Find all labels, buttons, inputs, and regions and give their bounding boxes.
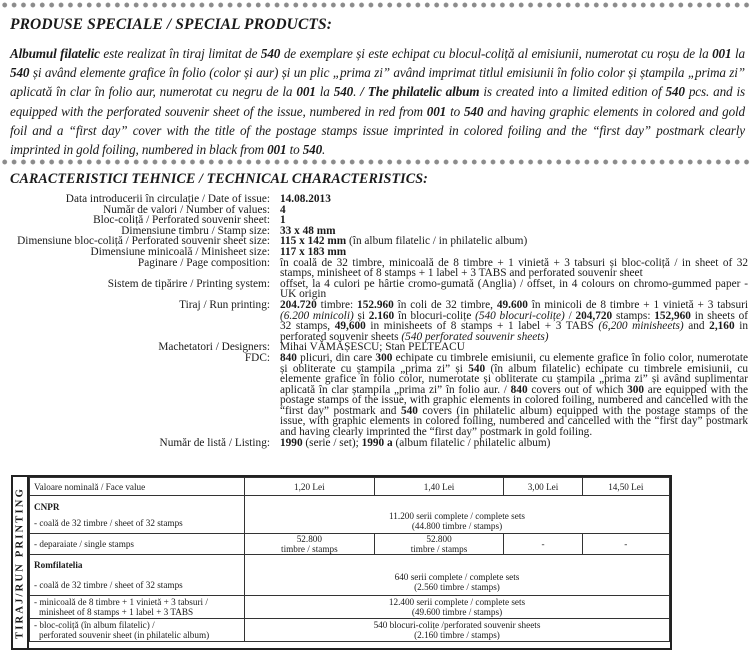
face-value-3: 3,00 Lei	[504, 478, 582, 496]
romfilatelia-minisheet-value: 12.400 serii complete / complete sets (4…	[245, 596, 670, 619]
spec-row: Sistem de tipărire / Printing system:off…	[0, 279, 750, 300]
run-printing-table: Valoare nominală / Face value 1,20 Lei 1…	[29, 477, 670, 642]
spec-label: Tiraj / Run printing:	[0, 300, 280, 342]
cnpr-single-label: - deparaiate / single stamps	[30, 534, 245, 555]
table-row-cnpr-sheet: CNPR - coală de 32 timbre / sheet of 32 …	[30, 496, 670, 534]
label-line: - bloc-coliță (în album filatelic) /	[34, 620, 240, 630]
romfilatelia-title: Romfilatelia	[34, 560, 240, 570]
cnpr-stamps: (44.800 timbre / stamps)	[249, 521, 665, 531]
spec-value: offset, la 4 culori pe hârtie cromo-guma…	[280, 279, 748, 300]
spec-row: Paginare / Page composition:în coală de …	[0, 258, 750, 279]
spec-label: Sistem de tipărire / Printing system:	[0, 279, 280, 300]
side-label-text: TIRAJ/RUN PRINTING	[15, 487, 26, 639]
spec-label: Dimensiune minicoală / Minisheet size:	[0, 247, 280, 258]
value-line: (2.160 timbre / stamps)	[249, 630, 665, 640]
cell-line: timbre / stamps	[379, 544, 500, 554]
spec-value: 4	[280, 205, 748, 216]
romfilatelia-sheet-value: 640 serii complete / complete sets (2.56…	[245, 555, 670, 596]
value-line: 12.400 serii complete / complete sets	[249, 597, 665, 607]
romfilatelia-sheet-label: Romfilatelia - coală de 32 timbre / shee…	[30, 555, 245, 596]
cnpr-single-2: 52.800timbre / stamps	[374, 534, 504, 555]
table-row-cnpr-single: - deparaiate / single stamps 52.800timbr…	[30, 534, 670, 555]
spec-row: Tiraj / Run printing:204.720 timbre: 152…	[0, 300, 750, 342]
dotted-divider-middle	[0, 159, 750, 165]
spec-label: Număr de listă / Listing:	[0, 438, 280, 449]
spec-value: 1990 (serie / set); 1990 a (album filate…	[280, 438, 748, 449]
spec-value: 115 x 142 mm (în album filatelic / in ph…	[280, 236, 748, 247]
spec-value: 840 plicuri, din care 300 echipate cu ti…	[280, 353, 748, 438]
run-printing-side-label: TIRAJ/RUN PRINTING	[13, 477, 29, 648]
table-row-romfilatelia-minisheet: - minicoală de 8 timbre + 1 vinietă + 3 …	[30, 596, 670, 619]
cnpr-single-3: -	[504, 534, 582, 555]
romfilatelia-sheet-text: - coală de 32 timbre / sheet of 32 stamp…	[34, 580, 240, 590]
spec-label: Machetatori / Designers:	[0, 342, 280, 353]
value-line: 540 blocuri-colițe /perforated souvenir …	[249, 620, 665, 630]
special-products-title: PRODUSE SPECIALE / SPECIAL PRODUCTS:	[10, 16, 332, 34]
spec-value: 204.720 timbre: 152.960 în coli de 32 ti…	[280, 300, 748, 342]
spec-label: Data introducerii în circulație / Date o…	[0, 194, 280, 205]
romfilatelia-bloc-value: 540 blocuri-colițe /perforated souvenir …	[245, 619, 670, 642]
spec-value: 14.08.2013	[280, 194, 748, 205]
spec-value: 1	[280, 215, 748, 226]
value-line: (49.600 timbre / stamps)	[249, 607, 665, 617]
cell-line: 52.800	[379, 534, 500, 544]
cnpr-single-1: 52.800timbre / stamps	[245, 534, 375, 555]
cnpr-sheet-text: - coală de 32 timbre / sheet of 32 stamp…	[34, 518, 240, 528]
table-row-romfilatelia-sheet: Romfilatelia - coală de 32 timbre / shee…	[30, 555, 670, 596]
label-line: perforated souvenir sheet (in philatelic…	[34, 630, 240, 640]
label-line: - minicoală de 8 timbre + 1 vinietă + 3 …	[34, 597, 240, 607]
spec-row: Număr de listă / Listing:1990 (serie / s…	[0, 438, 750, 449]
romfilatelia-sets: 640 serii complete / complete sets	[249, 572, 665, 582]
spec-row: Data introducerii în circulație / Date o…	[0, 194, 750, 205]
cnpr-single-4: -	[582, 534, 669, 555]
cnpr-sheet-label: CNPR - coală de 32 timbre / sheet of 32 …	[30, 496, 245, 534]
face-value-label: Valoare nominală / Face value	[30, 478, 245, 496]
romfilatelia-minisheet-label: - minicoală de 8 timbre + 1 vinietă + 3 …	[30, 596, 245, 619]
table-row-romfilatelia-bloc: - bloc-coliță (în album filatelic) / per…	[30, 619, 670, 642]
face-value-2: 1,40 Lei	[374, 478, 504, 496]
cnpr-title: CNPR	[34, 502, 240, 512]
spec-value: în coală de 32 timbre, minicoală de 8 ti…	[280, 258, 748, 279]
face-value-4: 14,50 Lei	[582, 478, 669, 496]
table-row-face-value: Valoare nominală / Face value 1,20 Lei 1…	[30, 478, 670, 496]
label-line: minisheet of 8 stamps + 1 label + 3 TABS	[34, 607, 240, 617]
cnpr-sheet-value: 11.200 serii complete / complete sets (4…	[245, 496, 670, 534]
spec-row: FDC:840 plicuri, din care 300 echipate c…	[0, 353, 750, 438]
romfilatelia-bloc-label: - bloc-coliță (în album filatelic) / per…	[30, 619, 245, 642]
face-value-1: 1,20 Lei	[245, 478, 375, 496]
spec-row: Bloc-coliță / Perforated souvenir sheet:…	[0, 215, 750, 226]
romfilatelia-stamps: (2.560 timbre / stamps)	[249, 582, 665, 592]
technical-characteristics-title: CARACTERISTICI TEHNICE / TECHNICAL CHARA…	[10, 171, 428, 188]
cell-line: 52.800	[249, 534, 370, 544]
cnpr-sets: 11.200 serii complete / complete sets	[249, 511, 665, 521]
cell-line: timbre / stamps	[249, 544, 370, 554]
spec-label: FDC:	[0, 353, 280, 438]
dotted-divider-top	[0, 2, 750, 8]
run-printing-table-frame: TIRAJ/RUN PRINTING Valoare nominală / Fa…	[11, 475, 672, 650]
technical-specs-list: Data introducerii în circulație / Date o…	[0, 194, 750, 448]
special-products-paragraph: Albumul filatelic este realizat în tiraj…	[10, 44, 745, 159]
spec-label: Paginare / Page composition:	[0, 258, 280, 279]
